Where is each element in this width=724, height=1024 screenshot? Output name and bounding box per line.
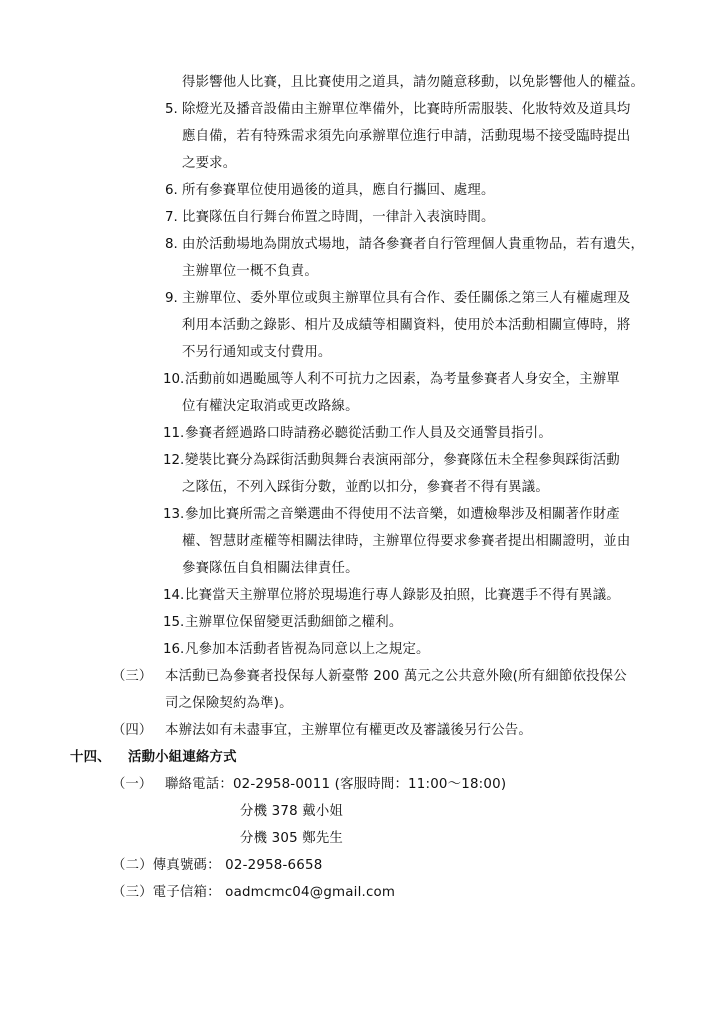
contact-label: （一）	[112, 777, 152, 793]
item-text: 所有參賽單位使用過後的道具，應自行攜回、處理。	[182, 183, 495, 199]
item-text: 主辦單位、委外單位或與主辦單位具有合作、委任關係之第三人有權處理及	[182, 291, 631, 307]
item-number: 12.	[163, 453, 184, 469]
item-text: 主辦單位保留變更活動細節之權利。	[185, 615, 402, 631]
item-number: 7.	[165, 210, 178, 226]
section-number: 十四、	[70, 750, 111, 766]
item-number: 9.	[165, 291, 178, 307]
contact-email: （三）電子信箱： oadmcmc04@gmail.com	[112, 885, 395, 901]
item-number: 10.	[163, 372, 184, 388]
item-text: 變裝比賽分為踩街活動與舞台表演兩部分，參賽隊伍未全程參與踩街活動	[185, 453, 620, 469]
subsection-label: （四）	[112, 723, 152, 739]
item-text: 權、智慧財產權等相關法律時，主辦單位得要求參賽者提出相關證明，並由	[182, 534, 631, 550]
item-text: 不另行通知或支付費用。	[182, 345, 332, 361]
section-title: 活動小組連絡方式	[128, 750, 237, 766]
item-text: 參賽者經過路口時請務必聽從活動工作人員及交通警員指引。	[185, 426, 552, 442]
item-text: 應自備，若有特殊需求須先向承辦單位進行申請，活動現場不接受臨時提出	[182, 129, 631, 145]
item-number: 5.	[165, 102, 178, 118]
item-text: 凡參加本活動者皆視為同意以上之規定。	[185, 642, 430, 658]
subsection-label: （三）	[112, 669, 152, 685]
subsection-text: 本辦法如有未盡事宜，主辦單位有權更改及審議後另行公告。	[165, 723, 532, 739]
subsection-text: 本活動已為參賽者投保每人新臺幣 200 萬元之公共意外險(所有細節依投保公	[165, 669, 627, 685]
item-text: 由於活動場地為開放式場地，請各參賽者自行管理個人貴重物品，若有遺失，	[182, 237, 644, 253]
contact-ext-1: 分機 378 戴小姐	[240, 804, 343, 820]
item-text: 參加比賽所需之音樂選曲不得使用不法音樂，如遭檢舉涉及相關著作財產	[185, 507, 620, 523]
item-number: 11.	[163, 426, 184, 442]
item-number: 8.	[165, 237, 178, 253]
contact-phone: 聯絡電話：02-2958-0011 (客服時間：11:00～18:00)	[165, 777, 506, 793]
item-number: 15.	[163, 615, 184, 631]
item-text: 之隊伍，不列入踩街分數，並酌以扣分，參賽者不得有異議。	[182, 480, 549, 496]
item-text: 主辦單位一概不負責。	[182, 264, 318, 280]
item-text: 位有權決定取消或更改路線。	[182, 399, 359, 415]
item-text: 利用本活動之錄影、相片及成績等相關資料，使用於本活動相關宣傳時，將	[182, 318, 631, 334]
contact-ext-2: 分機 305 鄭先生	[240, 831, 343, 847]
item-text: 參賽隊伍自負相關法律責任。	[182, 561, 359, 577]
item-text: 除燈光及播音設備由主辦單位準備外，比賽時所需服裝、化妝特效及道具均	[182, 102, 631, 118]
subsection-text: 司之保險契約為準)。	[165, 696, 293, 712]
item-text: 之要求。	[182, 156, 236, 172]
item-text: 比賽當天主辦單位將於現場進行專人錄影及拍照，比賽選手不得有異議。	[185, 588, 620, 604]
item-text: 比賽隊伍自行舞台佈置之時間，一律計入表演時間。	[182, 210, 495, 226]
item-number: 6.	[165, 183, 178, 199]
contact-fax: （二）傳真號碼： 02-2958-6658	[112, 858, 322, 874]
item-number: 13.	[163, 507, 184, 523]
continued-text: 得影響他人比賽，且比賽使用之道具，請勿隨意移動，以免影響他人的權益。	[182, 75, 644, 91]
item-number: 16.	[163, 642, 184, 658]
item-number: 14.	[163, 588, 184, 604]
item-text: 活動前如遇颱風等人利不可抗力之因素，為考量參賽者人身安全，主辦單	[185, 372, 620, 388]
